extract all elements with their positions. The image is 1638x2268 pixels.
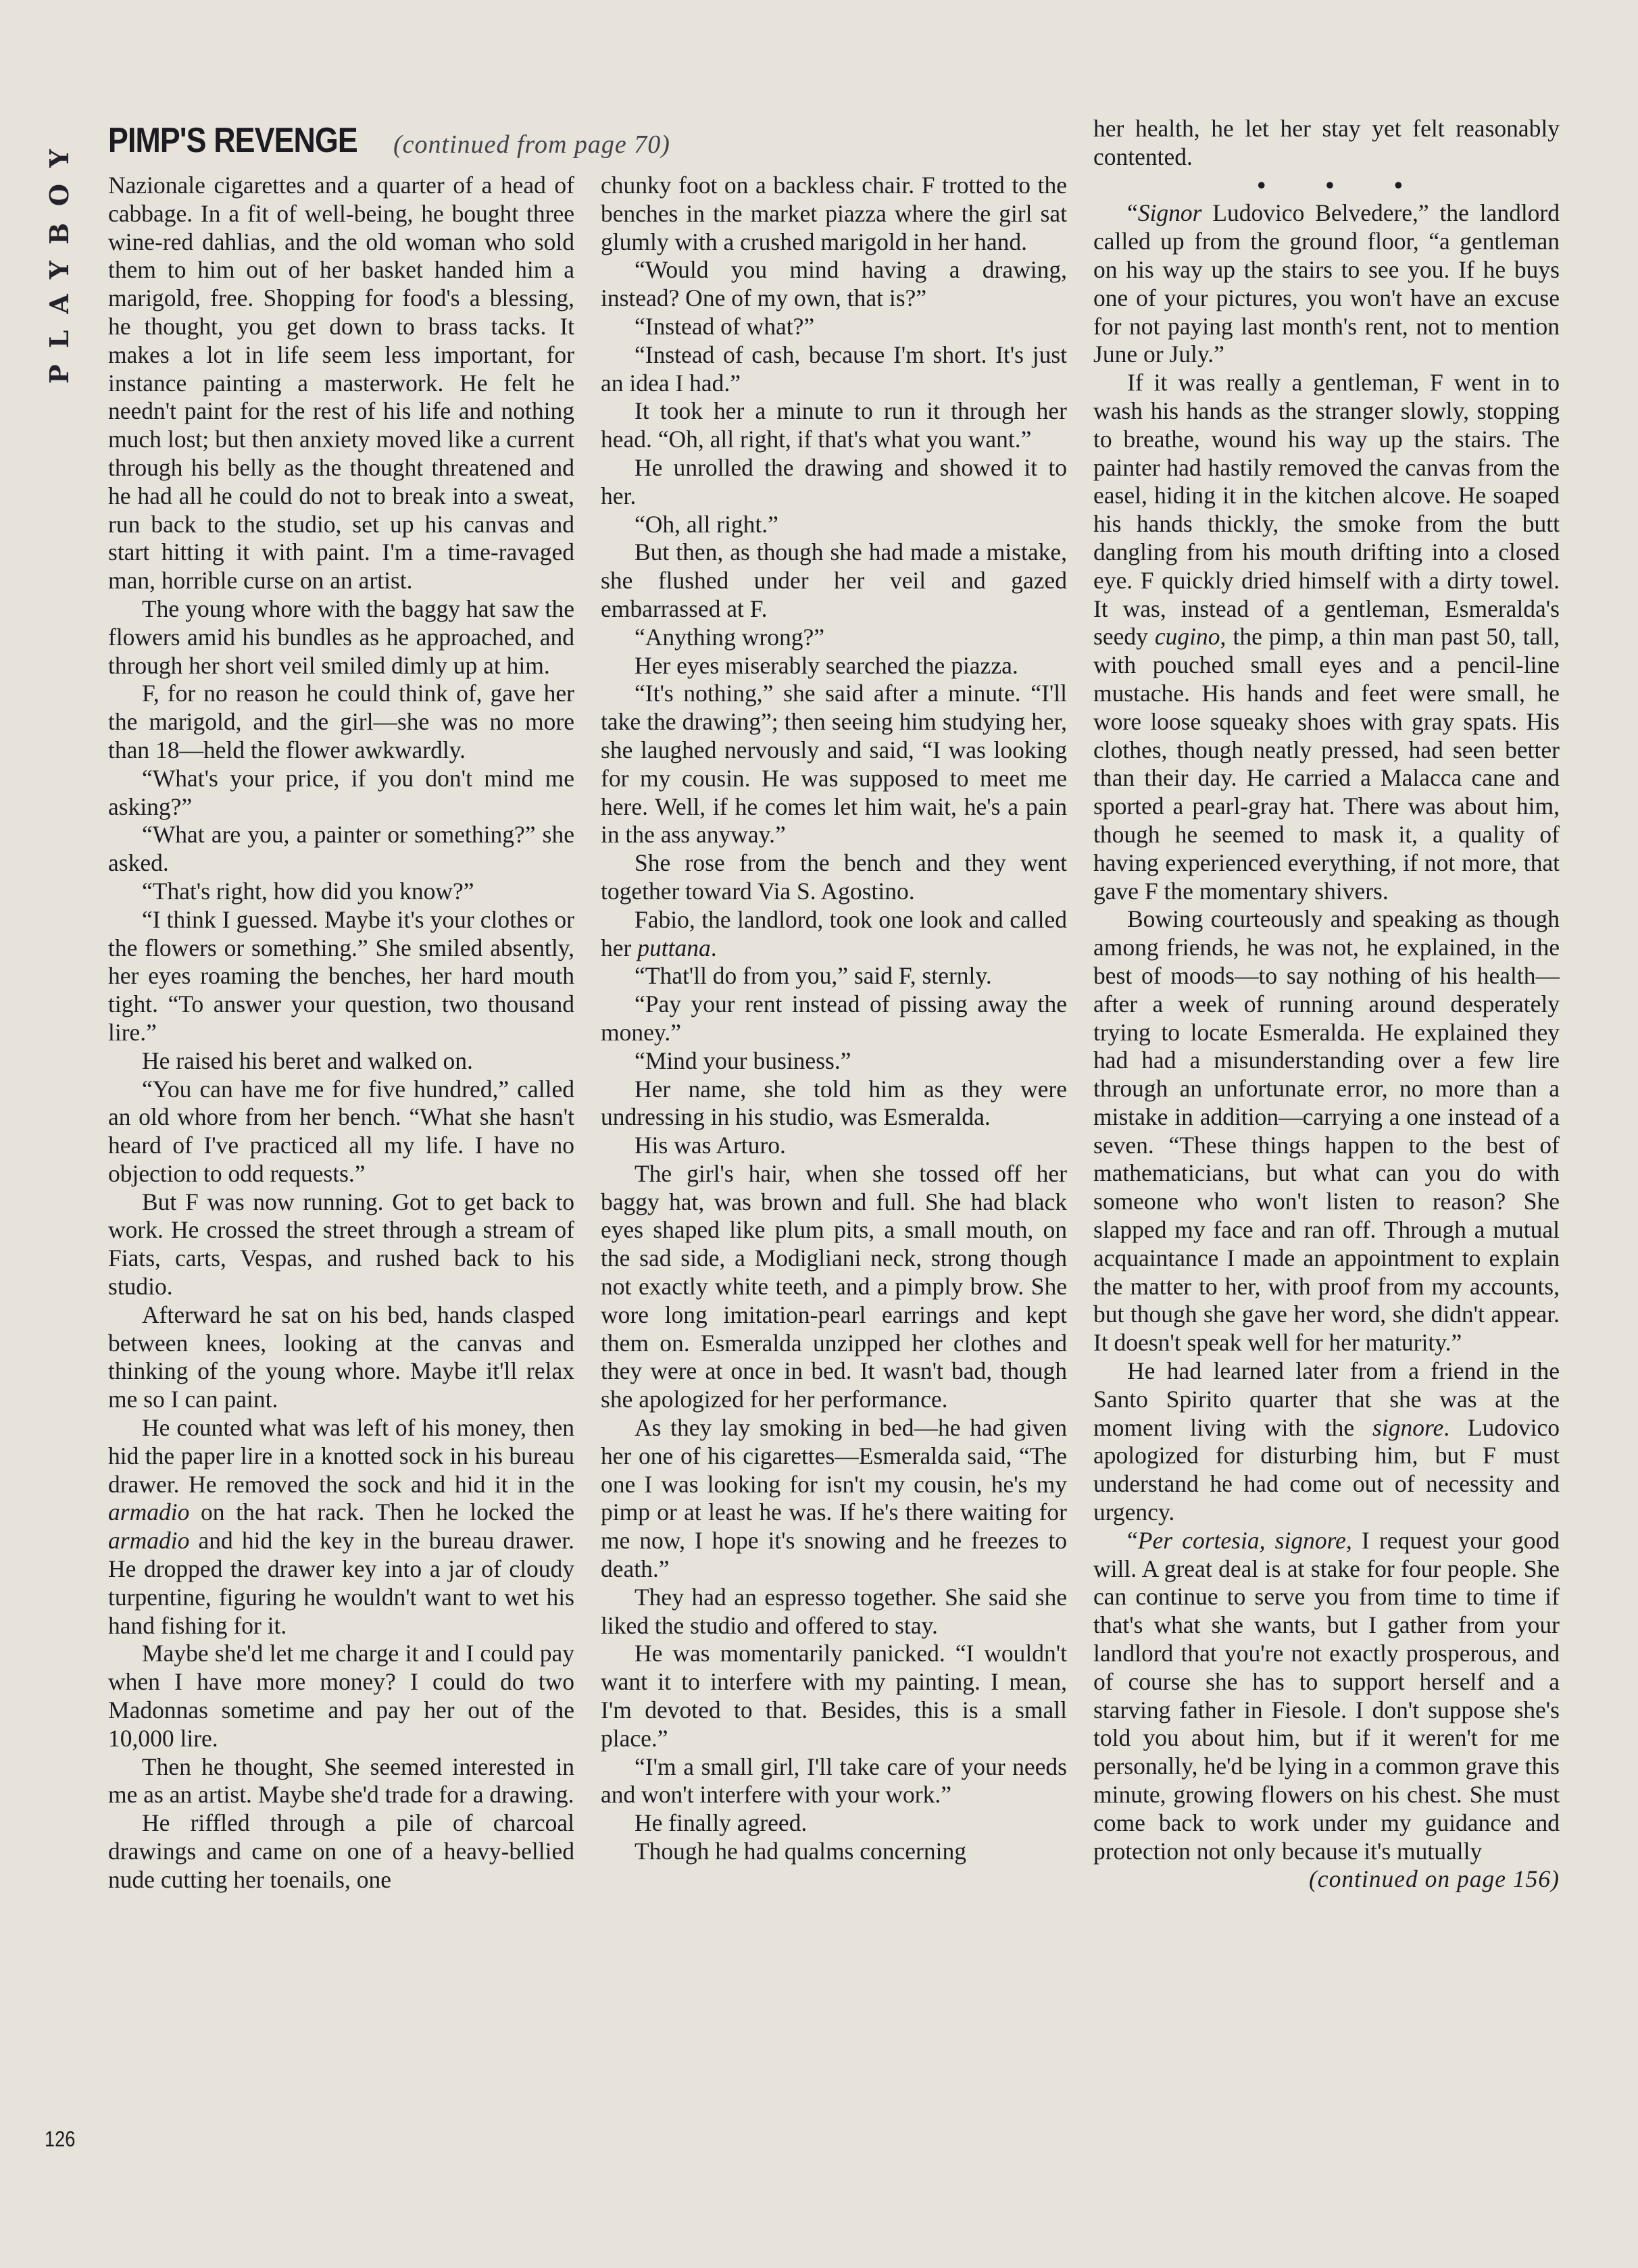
paragraph: chunky foot on a backless chair. F trott… xyxy=(601,172,1067,256)
paragraph: As they lay smoking in bed—he had given … xyxy=(601,1414,1067,1584)
article-header: PIMP'S REVENGE (continued from page 70) xyxy=(108,120,398,161)
paragraph: “What are you, a painter or something?” … xyxy=(108,821,574,878)
paragraph: Nazionale cigarettes and a quarter of a … xyxy=(108,172,574,595)
paragraph: He was momentarily panicked. “I wouldn't… xyxy=(601,1640,1067,1753)
continued-on-note: (continued on page 156) xyxy=(1093,1865,1560,1894)
paragraph: “Signor Ludovico Belvedere,” the landlor… xyxy=(1093,199,1560,369)
paragraph: It took her a minute to run it through h… xyxy=(601,397,1067,454)
paragraph: “Instead of cash, because I'm short. It'… xyxy=(601,341,1067,398)
paragraph: He counted what was left of his money, t… xyxy=(108,1414,574,1640)
paragraph: “Would you mind having a drawing, instea… xyxy=(601,256,1067,313)
paragraph: He had learned later from a friend in th… xyxy=(1093,1357,1560,1527)
paragraph: He raised his beret and walked on. xyxy=(108,1047,574,1076)
paragraph: “Anything wrong?” xyxy=(601,624,1067,652)
paragraph: She rose from the bench and they went to… xyxy=(601,849,1067,906)
paragraph: Fabio, the landlord, took one look and c… xyxy=(601,906,1067,963)
paragraph: “Oh, all right.” xyxy=(601,511,1067,539)
paragraph: “You can have me for five hundred,” call… xyxy=(108,1076,574,1188)
paragraph: Her name, she told him as they were undr… xyxy=(601,1076,1067,1132)
paragraph: “That's right, how did you know?” xyxy=(108,878,574,906)
section-break: • • • xyxy=(1093,172,1560,200)
paragraph: The young whore with the baggy hat saw t… xyxy=(108,595,574,680)
continued-from-note: (continued from page 70) xyxy=(393,130,670,159)
paragraph: “It's nothing,” she said after a minute.… xyxy=(601,680,1067,849)
paragraph: “Mind your business.” xyxy=(601,1047,1067,1076)
paragraph: Afterward he sat on his bed, hands clasp… xyxy=(108,1301,574,1414)
paragraph: “I'm a small girl, I'll take care of you… xyxy=(601,1753,1067,1810)
paragraph: He finally agreed. xyxy=(601,1809,1067,1838)
paragraph: “I think I guessed. Maybe it's your clot… xyxy=(108,906,574,1047)
paragraph: They had an espresso together. She said … xyxy=(601,1584,1067,1640)
magazine-logo-vertical: PLAYBOY xyxy=(39,116,80,400)
paragraph: He riffled through a pile of charcoal dr… xyxy=(108,1809,574,1894)
page-number: 126 xyxy=(45,2127,75,2152)
paragraph: If it was really a gentleman, F went in … xyxy=(1093,369,1560,905)
paragraph: “Pay your rent instead of pissing away t… xyxy=(601,990,1067,1047)
paragraph: The girl's hair, when she tossed off her… xyxy=(601,1160,1067,1414)
paragraph: But then, as though she had made a mista… xyxy=(601,538,1067,623)
paragraph: Then he thought, She seemed interested i… xyxy=(108,1753,574,1810)
paragraph: “Per cortesia, signore, I request your g… xyxy=(1093,1527,1560,1866)
paragraph: “That'll do from you,” said F, sternly. xyxy=(601,962,1067,990)
paragraph: But F was now running. Got to get back t… xyxy=(108,1188,574,1301)
paragraph: Bowing courteously and speaking as thoug… xyxy=(1093,905,1560,1357)
text-column-3: her health, he let her stay yet felt rea… xyxy=(1093,115,1560,1894)
paragraph: He unrolled the drawing and showed it to… xyxy=(601,454,1067,511)
paragraph: His was Arturo. xyxy=(601,1132,1067,1160)
paragraph: Though he had qualms concerning xyxy=(601,1838,1067,1866)
paragraph: Her eyes miserably searched the piazza. xyxy=(601,652,1067,680)
paragraph: “Instead of what?” xyxy=(601,313,1067,341)
article-title: PIMP'S REVENGE xyxy=(108,120,357,161)
text-column-1: Nazionale cigarettes and a quarter of a … xyxy=(108,172,574,1894)
paragraph: F, for no reason he could think of, gave… xyxy=(108,680,574,764)
paragraph: Maybe she'd let me charge it and I could… xyxy=(108,1640,574,1753)
paragraph: “What's your price, if you don't mind me… xyxy=(108,765,574,822)
text-column-2: chunky foot on a backless chair. F trott… xyxy=(601,172,1067,1866)
paragraph: her health, he let her stay yet felt rea… xyxy=(1093,115,1560,172)
